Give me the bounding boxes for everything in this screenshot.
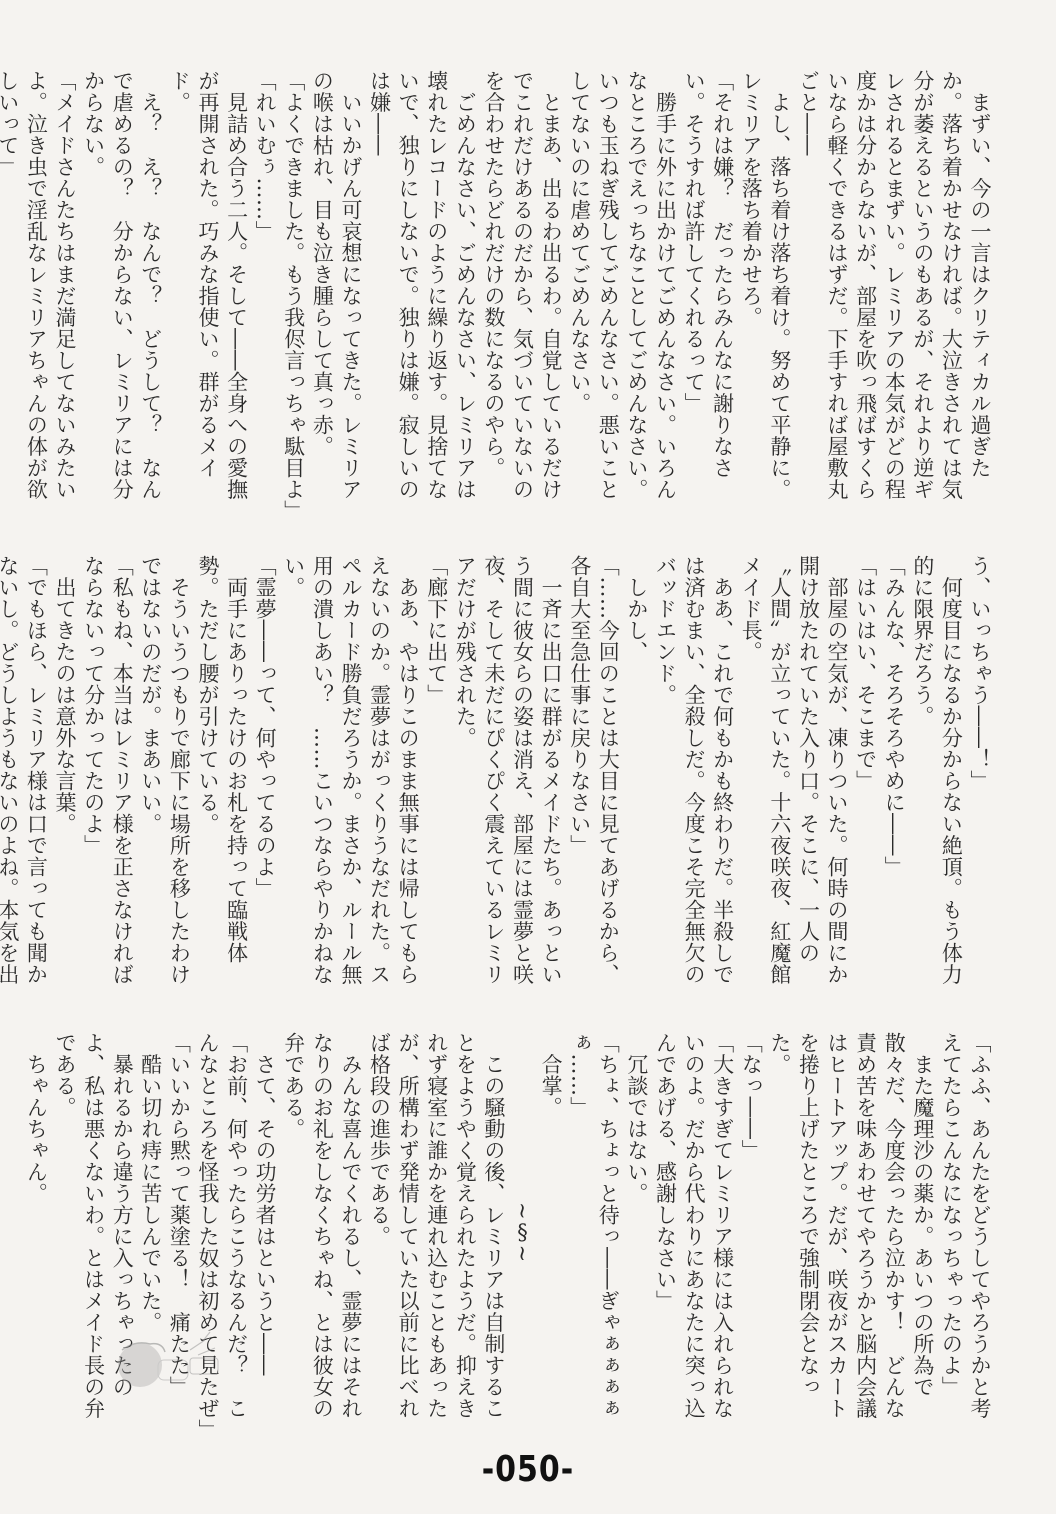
- paragraph: いいかげん可哀想になってきた。レミリアの喉は枯れ、目も泣き腫らして真っ赤。: [308, 70, 365, 518]
- paragraph: 両手にありったけのお札を持って臨戦体勢。ただし腰が引けている。: [193, 555, 250, 995]
- paragraph: ちゃんちゃん。: [22, 1032, 51, 1432]
- paragraph: 「なっ――」: [737, 1032, 766, 1432]
- paragraph: 「ちょ、ちょっと待っ――ぎゃぁぁぁぁぁ……」: [565, 1032, 622, 1432]
- paragraph: また魔理沙の薬か。あいつの所為で散々だ、今度会ったら泣かす！ どんな責め苦を味あ…: [765, 1032, 937, 1432]
- paragraph: 何度目になるか分からない絶頂。もう体力的に限界だろう。: [908, 555, 965, 995]
- paragraph: 「みんな、そろそろやめに――」: [880, 555, 909, 995]
- paragraph: 「はいはい、そこまで」: [851, 555, 880, 995]
- paragraph: 「霊夢――って、何やってるのよ」: [251, 555, 280, 995]
- sketch-illustration: [110, 1320, 250, 1400]
- paragraph: とまあ、出るわ出るわ。自覚しているだけでこれだけあるのだから、気づいていないのを…: [479, 70, 565, 518]
- paragraph: 「大きすぎてレミリア様には入れられないのよ。だから代わりにあなたに突っ込んであげ…: [651, 1032, 737, 1432]
- paragraph: え？ え？ なんで？ どうして？ なんで虐めるの？ 分からない、レミリアには分か…: [79, 70, 165, 518]
- paragraph: 冗談ではない。: [622, 1032, 651, 1432]
- paragraph: 出てきたのは意外な言葉。: [50, 555, 79, 995]
- paragraph: 「よくできました。もう我侭言っちゃ駄目よ」: [279, 70, 308, 518]
- paragraph: まずい、今の一言はクリティカル過ぎたか。落ち着かせなければ。大泣きされては気分が…: [794, 70, 994, 518]
- paragraph: そういうつもりで廊下に場所を移したわけではないのだが。まあいい。: [136, 555, 193, 995]
- paragraph: 「……今回のことは大目に見てあげるから、各自大至急仕事に戻りなさい」: [565, 555, 622, 995]
- paragraph: 「私もね、本当はレミリア様を正さなければならないって分かってたのよ」: [79, 555, 136, 995]
- paragraph: この騒動の後、レミリアは自制することをようやく覚えられたようだ。抑えきれず寝室に…: [365, 1032, 508, 1432]
- paragraph: よし、落ち着け落ち着け。努めて平静に。レミリアを落ち着かせろ。: [737, 70, 794, 518]
- paragraph: 「ふふ、あんたをどうしてやろうかと考えてたらこんなになっちゃったのよ」: [937, 1032, 994, 1432]
- page-number: -050-: [478, 1449, 578, 1491]
- paragraph: 「れいむぅ……」: [251, 70, 280, 518]
- paragraph: 「それは嫌？ だったらみんなに謝りなさい。そうすれば許してくれるって」: [679, 70, 736, 518]
- paragraph: ああ、これで何もかも終わりだ。半殺しでは済むまい、全殺しだ。今度こそ完全無欠のバ…: [651, 555, 737, 995]
- paragraph: さて、その功労者はというと――: [251, 1032, 280, 1432]
- paragraph: 部屋の空気が、凍りついた。何時の間にか開け放たれていた入り口。そこに、一人の〝人…: [737, 555, 851, 995]
- paragraph: しかし、: [622, 555, 651, 995]
- paragraph: 一斉に出口に群がるメイドたち。あっという間に彼女らの姿は消え、部屋には霊夢と咲夜…: [451, 555, 565, 995]
- paragraph: う、いっちゃう――！」: [965, 555, 994, 995]
- paragraph: 「でもほら、レミリア様は口で言っても聞かないし。どうしようもないのよね。本気を出…: [0, 555, 50, 995]
- paragraph: 勝手に外に出かけてごめんなさい。いろんなところでえっちなことしてごめんなさい。い…: [565, 70, 679, 518]
- paragraph: ああ、やはりこのまま無事には帰してもらえないのか。霊夢はがっくりうなだれた。スペ…: [279, 555, 422, 995]
- text-tier-top: まずい、今の一言はクリティカル過ぎたか。落ち着かせなければ。大泣きされては気分が…: [59, 70, 994, 518]
- section-separator: ~§~: [508, 1032, 537, 1432]
- paragraph: 「メイドさんたちはまだ満足してないみたいよ。泣き虫で淫乱なレミリアちゃんの体が欲…: [0, 70, 79, 518]
- paragraph: 合掌。: [537, 1032, 566, 1432]
- paragraph: 見詰め合う二人。そして――全身への愛撫が再開された。巧みな指使い。群がるメイド。: [165, 70, 251, 518]
- paragraph: みんな喜んでくれるし、霊夢にはそれなりのお礼をしなくちゃね、とは彼女の弁である。: [279, 1032, 365, 1432]
- paragraph: 「廊下に出て」: [422, 555, 451, 995]
- text-tier-middle: う、いっちゃう――！」 何度目になるか分からない絶頂。もう体力的に限界だろう。 …: [59, 555, 994, 995]
- paragraph: ごめんなさい、ごめんなさい、レミリアは壊れたレコードのように繰り返す。見捨てない…: [365, 70, 479, 518]
